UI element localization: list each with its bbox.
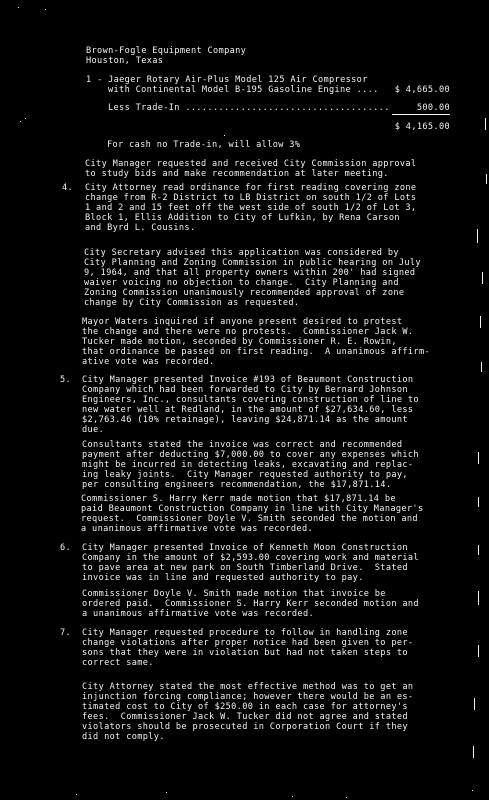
scan-speck xyxy=(472,790,473,791)
scanned-document-page: Brown-Fogle Equipment Company Houston, T… xyxy=(0,0,489,800)
item-number-7: 7. xyxy=(60,629,71,639)
cash-discount-note: For cash no Trade-in, will allow 3% xyxy=(107,141,300,151)
scan-margin-mark xyxy=(478,497,479,507)
vendor-city: Houston, Texas xyxy=(86,57,163,67)
scan-speck xyxy=(76,794,77,795)
item-number-6: 6. xyxy=(60,544,71,554)
scan-margin-mark xyxy=(478,645,479,657)
item7-attorney-statement: City Attorney stated the most effective … xyxy=(82,683,413,742)
item6-invoice-moon: City Manager presented Invoice of Kennet… xyxy=(82,544,419,584)
quote-total: $ 4,165.00 xyxy=(390,123,450,133)
scan-margin-mark xyxy=(478,452,479,464)
scan-speck xyxy=(45,9,46,10)
scan-margin-mark xyxy=(478,545,479,555)
item5-invoice-beaumont: City Manager presented Invoice #193 of B… xyxy=(82,376,419,435)
scan-speck xyxy=(166,792,167,793)
quote-item-line2: with Continental Model B-195 Gasoline En… xyxy=(108,86,379,96)
item4-ordinance-reading: City Attorney read ordinance for first r… xyxy=(85,184,416,234)
trade-in-amount: 500.00 xyxy=(392,104,450,115)
quote-price: $ 4,665.00 xyxy=(390,86,450,96)
item-number-4: 4. xyxy=(62,184,73,194)
scan-margin-mark xyxy=(478,591,479,605)
scan-margin-mark xyxy=(474,698,475,710)
item5-motion-vote: Commissioner S. Harry Kerr made motion t… xyxy=(81,495,423,535)
item7-zone-violations: City Manager requested procedure to foll… xyxy=(82,629,413,669)
item6-motion-vote: Commissioner Doyle V. Smith made motion … xyxy=(82,590,419,620)
scan-speck xyxy=(20,121,21,122)
item4-secretary-advice: City Secretary advised this application … xyxy=(84,249,421,308)
scan-speck xyxy=(292,796,293,797)
scan-speck xyxy=(25,118,26,119)
scan-margin-mark xyxy=(473,746,474,758)
scan-margin-mark xyxy=(486,174,487,184)
paragraph-bid-approval: City Manager requested and received City… xyxy=(85,160,416,180)
item4-motion-vote: Mayor Waters inquired if anyone present … xyxy=(82,318,430,368)
item5-consultants-statement: Consultants stated the invoice was corre… xyxy=(82,441,419,491)
scan-speck xyxy=(224,135,225,136)
scan-margin-mark xyxy=(481,362,482,372)
scan-speck xyxy=(346,797,347,798)
scan-margin-mark xyxy=(482,272,483,284)
scan-margin-mark xyxy=(480,316,481,328)
trade-in-label: Less Trade-In ..........................… xyxy=(108,104,390,114)
scan-margin-mark xyxy=(485,118,486,130)
scan-margin-mark xyxy=(477,229,478,243)
item-number-5: 5. xyxy=(60,376,71,386)
scan-speck xyxy=(18,7,19,8)
